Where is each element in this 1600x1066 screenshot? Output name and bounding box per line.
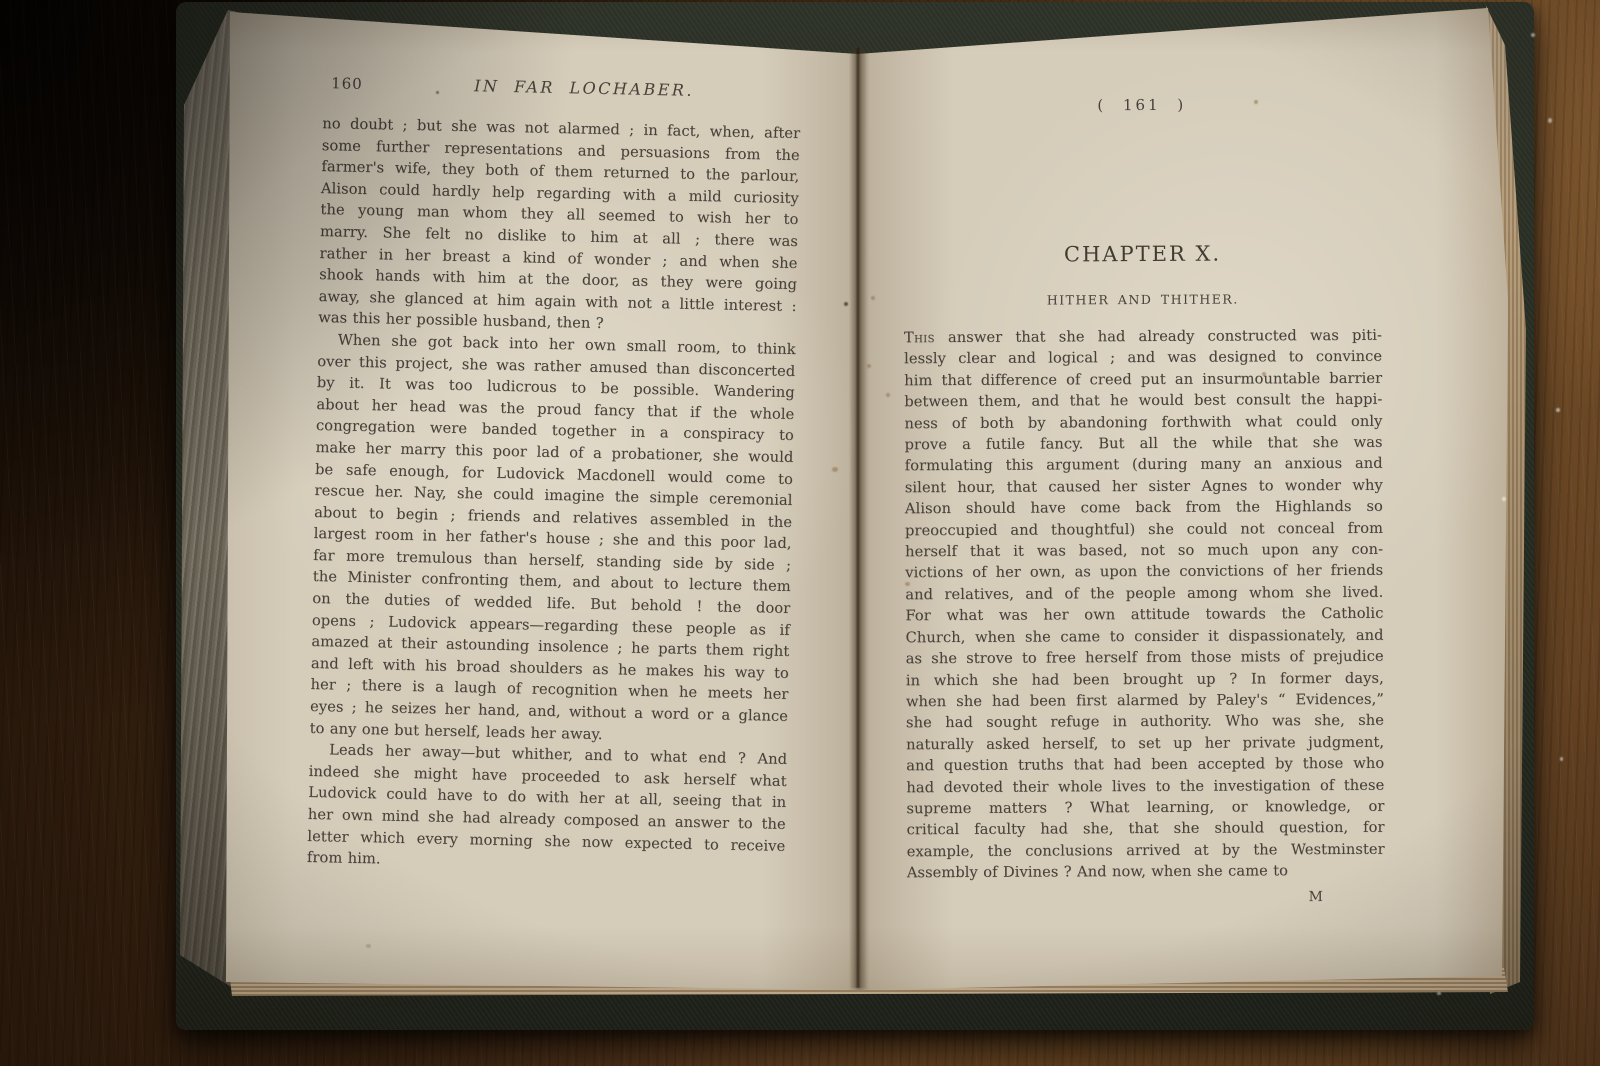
open-book: 160 IN FAR LOCHABER. no doubt ; but she … — [170, 0, 1545, 1040]
paragraph: Leads her away—but whither, and to what … — [307, 739, 788, 879]
foxing-spot — [832, 467, 838, 472]
foxing-spot — [844, 302, 848, 306]
center-gutter-shadow — [849, 48, 867, 988]
foxing-spot — [366, 944, 371, 948]
text-line: Alison should have come back from the Hi… — [905, 496, 1383, 520]
foxing-spot — [871, 296, 875, 300]
text-line: herself that it was based, not so much u… — [905, 539, 1383, 563]
glare-speck — [1556, 408, 1560, 412]
paragraph: no doubt ; but she was not alarmed ; in … — [318, 113, 800, 339]
text-line: and question truths that had been accept… — [906, 753, 1384, 777]
right-page: ( 161 ) CHAPTER X. HITHER AND THITHER. T… — [903, 95, 1385, 957]
text-line: example, the conclusions arrived at by t… — [907, 838, 1385, 862]
text-line: For what was her own attitude towards th… — [905, 603, 1383, 627]
text-line: This answer that she had already constru… — [904, 325, 1382, 349]
text-line: critical faculty had she, that she shoul… — [907, 817, 1385, 841]
chapter-subtitle: HITHER AND THITHER. — [904, 291, 1382, 309]
text-line: and relatives, and of the people among w… — [905, 582, 1383, 606]
paragraph: When she got back into her own small roo… — [309, 329, 795, 749]
text-line: Church, when she came to consider it dis… — [906, 624, 1384, 648]
text-line: she had sought refuge in authority. Who … — [906, 710, 1384, 734]
text-line: when she had been first alarmed by Paley… — [906, 689, 1384, 713]
smallcaps-lead-word: This — [904, 329, 935, 346]
text-line: victions of her own, as upon the convict… — [905, 560, 1383, 584]
text-line: silent hour, that caused her sister Agne… — [905, 475, 1383, 499]
text-line: formulating this argument (during many a… — [905, 453, 1383, 477]
glare-speck — [1502, 497, 1506, 501]
text-line: preoccupied and thoughtful) she could no… — [905, 517, 1383, 541]
text-line: as she strove to free herself from those… — [906, 646, 1384, 670]
text-line: him that difference of creed put an insu… — [904, 368, 1382, 392]
glare-speck — [1560, 757, 1563, 761]
left-page-body: no doubt ; but she was not alarmed ; in … — [307, 113, 801, 879]
text-line: ness of both by abandoning forthwith wha… — [904, 410, 1382, 434]
text-line: prove a futile fancy. But all the while … — [905, 432, 1383, 456]
text-line: lessly clear and logical ; and was desig… — [904, 346, 1382, 370]
right-page-body: This answer that she had already constru… — [904, 325, 1385, 884]
left-page-number: 160 — [331, 74, 363, 93]
paragraph: This answer that she had already constru… — [904, 325, 1385, 884]
glare-speck — [1437, 992, 1441, 995]
left-page: 160 IN FAR LOCHABER. no doubt ; but she … — [307, 73, 802, 879]
text-line: in which she had been brought up ? In fo… — [906, 667, 1384, 691]
glare-speck — [1531, 33, 1535, 37]
right-page-number: ( 161 ) — [903, 95, 1381, 116]
foxing-spot — [886, 393, 890, 397]
text-line: had devoted their whole lives to the inv… — [906, 774, 1384, 798]
text-line: naturally asked herself, to set up her p… — [906, 731, 1384, 755]
signature-mark: M — [1309, 889, 1323, 905]
foxing-spot — [867, 364, 871, 368]
text-line: Assembly of Divines ? And now, when she … — [907, 860, 1385, 884]
text-line: supreme matters ? What learning, or know… — [906, 796, 1384, 820]
chapter-heading: CHAPTER X. — [904, 241, 1382, 268]
text-line: between them, and that he would best con… — [904, 389, 1382, 413]
glare-speck — [1548, 118, 1552, 123]
